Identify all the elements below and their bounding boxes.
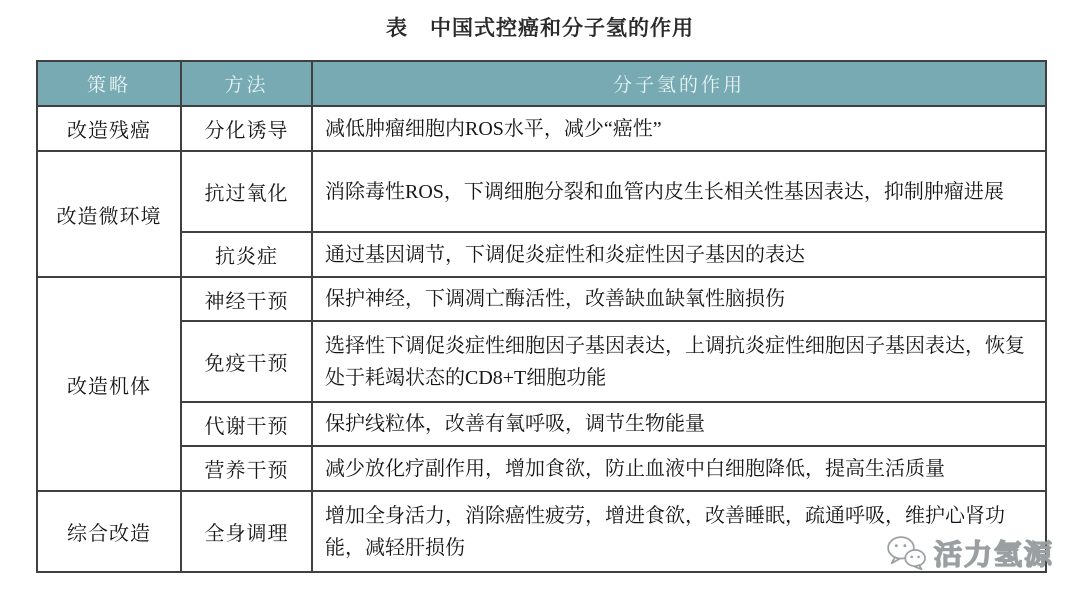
table-row: 改造残癌 分化诱导 减低肿瘤细胞内ROS水平，减少“癌性” [37,106,1046,151]
action-cell: 减低肿瘤细胞内ROS水平，减少“癌性” [312,106,1046,151]
method-cell: 代谢干预 [181,402,312,446]
method-cell: 营养干预 [181,446,312,491]
strategy-cell: 综合改造 [37,491,181,572]
table-row: 抗炎症 通过基因调节，下调促炎症性和炎症性因子基因的表达 [37,232,1046,277]
table-row: 改造微环境 抗过氧化 消除毒性ROS，下调细胞分裂和血管内皮生长相关性基因表达，… [37,151,1046,232]
strategy-cell: 改造残癌 [37,106,181,151]
scanned-table-page: 表 中国式控癌和分子氢的作用 策略 方法 分子氢的作用 改造残癌 分化诱导 减低… [0,0,1080,589]
table-row: 综合改造 全身调理 增加全身活力，消除癌性疲劳，增进食欲，改善睡眠，疏通呼吸，维… [37,491,1046,572]
strategy-cell: 改造机体 [37,277,181,491]
table-row: 代谢干预 保护线粒体，改善有氧呼吸，调节生物能量 [37,402,1046,446]
table-row: 免疫干预 选择性下调促炎症性细胞因子基因表达，上调抗炎症性细胞因子基因表达，恢复… [37,321,1046,402]
method-cell: 分化诱导 [181,106,312,151]
table-header-row: 策略 方法 分子氢的作用 [37,61,1046,106]
table-row: 改造机体 神经干预 保护神经，下调凋亡酶活性，改善缺血缺氧性脑损伤 [37,277,1046,321]
header-action: 分子氢的作用 [312,61,1046,106]
hydrogen-actions-table: 策略 方法 分子氢的作用 改造残癌 分化诱导 减低肿瘤细胞内ROS水平，减少“癌… [36,60,1047,573]
action-cell: 保护线粒体，改善有氧呼吸，调节生物能量 [312,402,1046,446]
method-cell: 抗炎症 [181,232,312,277]
action-cell: 消除毒性ROS，下调细胞分裂和血管内皮生长相关性基因表达，抑制肿瘤进展 [312,151,1046,232]
header-method: 方法 [181,61,312,106]
page-title: 表 中国式控癌和分子氢的作用 [0,12,1080,42]
method-cell: 全身调理 [181,491,312,572]
table-row: 营养干预 减少放化疗副作用，增加食欲，防止血液中白细胞降低，提高生活质量 [37,446,1046,491]
action-cell: 通过基因调节，下调促炎症性和炎症性因子基因的表达 [312,232,1046,277]
action-cell: 选择性下调促炎症性细胞因子基因表达，上调抗炎症性细胞因子基因表达，恢复处于耗竭状… [312,321,1046,402]
action-cell: 增加全身活力，消除癌性疲劳，增进食欲，改善睡眠，疏通呼吸，维护心肾功能，减轻肝损… [312,491,1046,572]
method-cell: 抗过氧化 [181,151,312,232]
method-cell: 神经干预 [181,277,312,321]
action-cell: 减少放化疗副作用，增加食欲，防止血液中白细胞降低，提高生活质量 [312,446,1046,491]
action-cell: 保护神经，下调凋亡酶活性，改善缺血缺氧性脑损伤 [312,277,1046,321]
method-cell: 免疫干预 [181,321,312,402]
strategy-cell: 改造微环境 [37,151,181,277]
header-strategy: 策略 [37,61,181,106]
